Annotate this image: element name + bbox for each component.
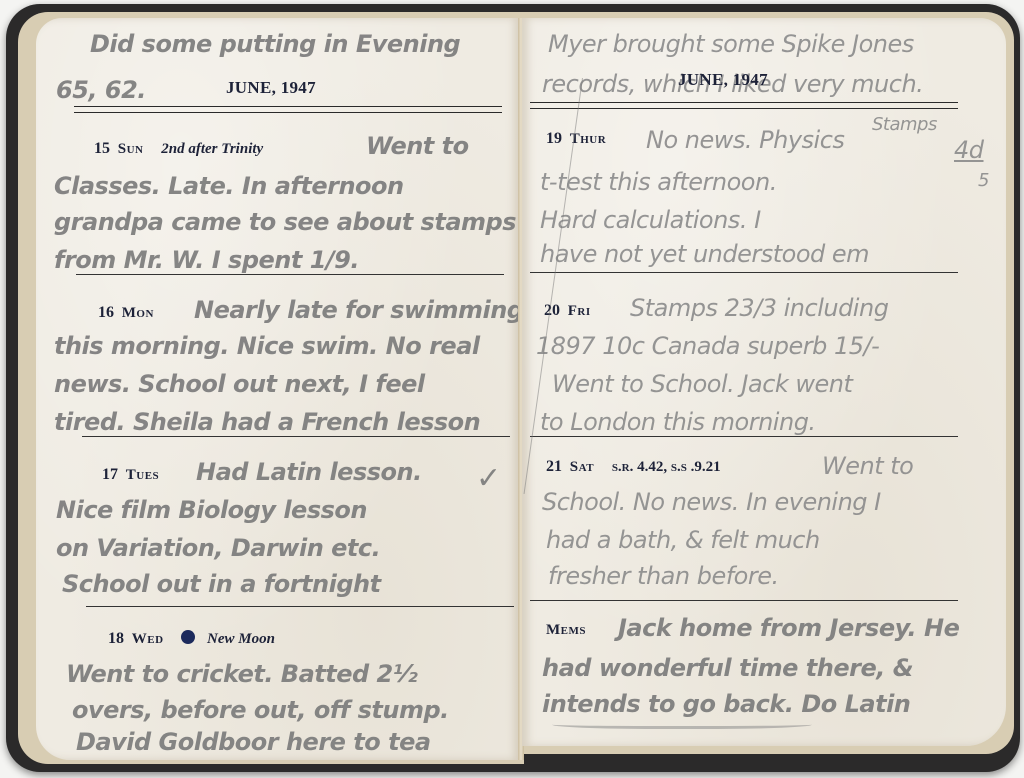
entry-line: Stamps 23/3 including — [630, 292, 888, 325]
day-number: 20 — [544, 302, 560, 319]
margin-note: Stamps — [872, 108, 937, 141]
day-number: 17 — [102, 466, 118, 483]
day-weekday: Sun — [118, 141, 144, 157]
sunrise-sunset-times: s.r. 4.42, s.s .9.21 — [612, 459, 721, 475]
day-label-15: 15 Sun 2nd after Trinity — [94, 140, 263, 158]
day-label-19: 19 Thur — [546, 130, 606, 148]
left-page: Did some putting in Evening 65, 62. JUNE… — [36, 18, 520, 760]
entry-line: had a bath, & felt much — [546, 524, 820, 557]
entry-line: Went to — [822, 450, 913, 483]
entry-line: t-test this afternoon. — [540, 166, 777, 199]
day-divider — [86, 606, 514, 607]
checkmark-icon: ✓ — [476, 462, 501, 495]
header-handwriting-line: 65, 62. — [56, 74, 146, 107]
entry-line: to London this morning. — [540, 406, 816, 439]
wavy-underline — [552, 718, 812, 729]
day-label-18: 18 Wed New Moon — [108, 630, 275, 648]
day-weekday: Mon — [122, 305, 154, 321]
day-divider — [530, 600, 958, 601]
mems-line: had wonderful time there, & — [542, 652, 913, 685]
new-moon-icon — [181, 630, 195, 644]
entry-line: School. No news. In evening I — [542, 486, 881, 519]
day-weekday: Tues — [126, 467, 159, 483]
day-number: 19 — [546, 130, 562, 147]
day-label-17: 17 Tues — [102, 466, 159, 484]
day-divider — [530, 436, 958, 437]
mems-label: Mems — [546, 622, 586, 639]
mems-line: intends to go back. Do Latin — [542, 688, 910, 721]
entry-line: fresher than before. — [548, 560, 779, 593]
entry-line: overs, before out, off stump. — [72, 694, 449, 727]
entry-line: this morning. Nice swim. No real — [54, 330, 480, 363]
entry-line: Went to School. Jack went — [552, 368, 852, 401]
mems-label-text: Mems — [546, 622, 586, 638]
mems-line: Jack home from Jersey. He — [618, 612, 959, 645]
header-rule — [74, 106, 502, 113]
day-divider — [530, 272, 958, 273]
entry-line: Classes. Late. In afternoon — [54, 170, 404, 203]
day-weekday: Fri — [568, 303, 591, 319]
day-divider — [82, 436, 510, 437]
margin-note: 5 — [978, 164, 989, 197]
entry-line: Went to — [366, 130, 469, 163]
day-number: 18 — [108, 630, 124, 647]
entry-line: 1897 10c Canada superb 15/- — [536, 330, 879, 363]
entry-line: from Mr. W. I spent 1/9. — [54, 244, 359, 277]
header-handwriting-line: Did some putting in Evening — [90, 28, 460, 61]
day-number: 15 — [94, 140, 110, 157]
entry-line: David Goldboor here to tea — [76, 726, 431, 759]
entry-line: on Variation, Darwin etc. — [56, 532, 380, 565]
header-handwriting-line: Myer brought some Spike Jones — [548, 28, 914, 61]
day-weekday: Sat — [570, 459, 594, 475]
right-page: Myer brought some Spike Jones records, w… — [522, 18, 1006, 746]
entry-line: news. School out next, I feel — [54, 368, 425, 401]
entry-line: Nice film Biology lesson — [56, 494, 367, 527]
entry-line: grandpa came to see about stamps — [54, 206, 516, 239]
day-printed-note: 2nd after Trinity — [161, 141, 263, 157]
entry-line: tired. Sheila had a French lesson — [54, 406, 480, 439]
day-label-16: 16 Mon — [98, 304, 154, 322]
entry-line: School out in a fortnight — [62, 568, 381, 601]
month-title: JUNE, 1947 — [678, 70, 768, 90]
entry-line: Nearly late for swimming — [194, 294, 520, 327]
day-weekday: Wed — [132, 631, 164, 647]
month-title: JUNE, 1947 — [226, 78, 316, 98]
entry-line: Had Latin lesson. — [196, 456, 422, 489]
entry-line: No news. Physics — [646, 124, 844, 157]
entry-line: Went to cricket. Batted 2½ — [66, 658, 417, 691]
day-divider — [76, 274, 504, 275]
day-number: 21 — [546, 458, 562, 475]
entry-line: have not yet understood em — [540, 238, 869, 271]
margin-note: 4d — [954, 134, 984, 167]
day-number: 16 — [98, 304, 114, 321]
entry-line: Hard calculations. I — [540, 204, 761, 237]
day-printed-note: New Moon — [207, 631, 275, 647]
day-label-21: 21 Sat s.r. 4.42, s.s .9.21 — [546, 458, 721, 476]
